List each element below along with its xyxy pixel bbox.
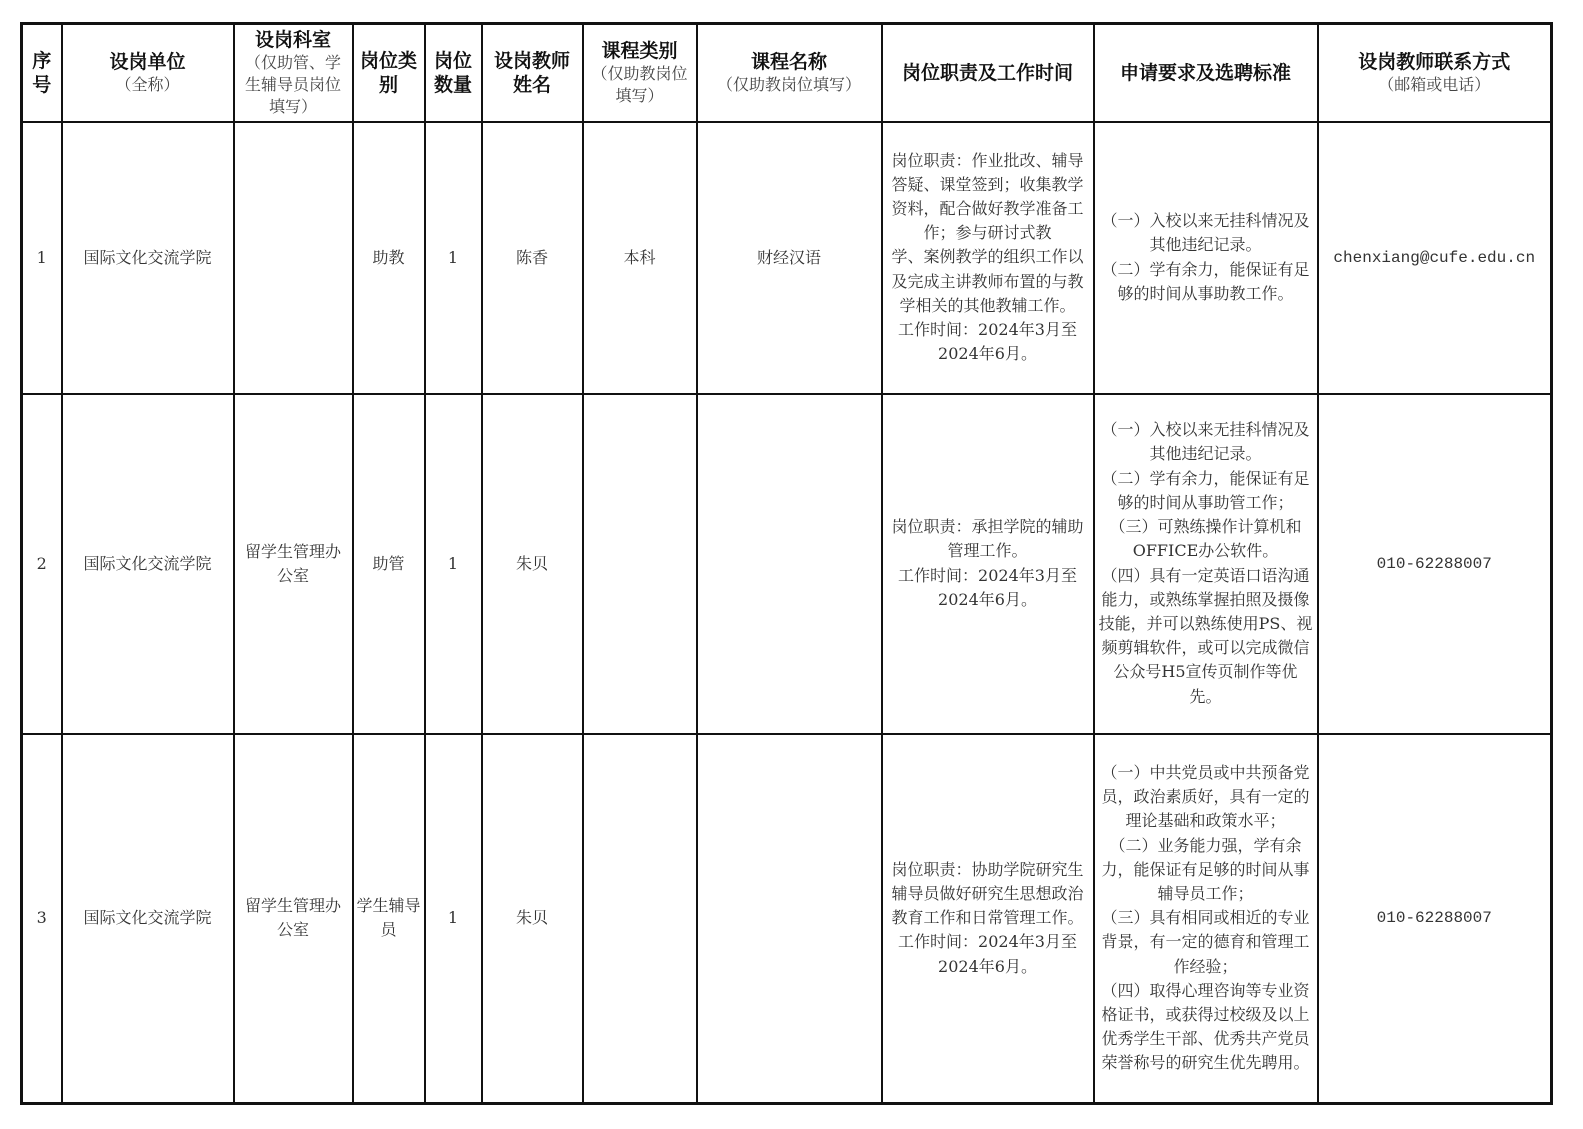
table-row: 2 国际文化交流学院 留学生管理办公室 助管 1 朱贝 岗位职责：承担学院的辅助…: [22, 394, 1552, 734]
cell-contact-phone[interactable]: 010-62288007: [1318, 394, 1552, 734]
cell-unit: 国际文化交流学院: [62, 734, 234, 1104]
header-teacher: 设岗教师姓名: [482, 24, 583, 122]
cell-teacher: 朱贝: [482, 394, 583, 734]
cell-course-type: [583, 734, 697, 1104]
cell-course-type: 本科: [583, 122, 697, 394]
cell-unit: 国际文化交流学院: [62, 122, 234, 394]
cell-office: 留学生管理办公室: [234, 394, 353, 734]
cell-index: 2: [22, 394, 62, 734]
cell-duties: 岗位职责：协助学院研究生辅导员做好研究生思想政治教育工作和日常管理工作。 工作时…: [882, 734, 1094, 1104]
cell-duties: 岗位职责：承担学院的辅助管理工作。 工作时间：2024年3月至2024年6月。: [882, 394, 1094, 734]
cell-post-type: 助管: [353, 394, 425, 734]
table-row: 3 国际文化交流学院 留学生管理办公室 学生辅导员 1 朱贝 岗位职责：协助学院…: [22, 734, 1552, 1104]
cell-teacher: 陈香: [482, 122, 583, 394]
cell-post-type: 学生辅导员: [353, 734, 425, 1104]
cell-count: 1: [425, 122, 482, 394]
cell-count: 1: [425, 734, 482, 1104]
cell-requirements: （一）入校以来无挂科情况及其他违纪记录。 （二）学有余力，能保证有足够的时间从事…: [1094, 394, 1318, 734]
cell-course-name: [697, 394, 882, 734]
cell-office: [234, 122, 353, 394]
header-requirements: 申请要求及选聘标准: [1094, 24, 1318, 122]
cell-course-name: 财经汉语: [697, 122, 882, 394]
header-post-type: 岗位类别: [353, 24, 425, 122]
cell-requirements: （一）中共党员或中共预备党员，政治素质好，具有一定的理论基础和政策水平； （二）…: [1094, 734, 1318, 1104]
header-office: 设岗科室（仅助管、学生辅导员岗位填写）: [234, 24, 353, 122]
recruitment-table: 序号 设岗单位（全称） 设岗科室（仅助管、学生辅导员岗位填写） 岗位类别 岗位数…: [20, 22, 1553, 1105]
cell-contact-phone[interactable]: 010-62288007: [1318, 734, 1552, 1104]
cell-index: 1: [22, 122, 62, 394]
cell-unit: 国际文化交流学院: [62, 394, 234, 734]
cell-course-name: [697, 734, 882, 1104]
cell-requirements: （一）入校以来无挂科情况及其他违纪记录。 （二）学有余力，能保证有足够的时间从事…: [1094, 122, 1318, 394]
cell-duties: 岗位职责：作业批改、辅导答疑、课堂签到；收集教学资料，配合做好教学准备工作；参与…: [882, 122, 1094, 394]
header-course-name: 课程名称（仅助教岗位填写）: [697, 24, 882, 122]
header-course-type: 课程类别（仅助教岗位填写）: [583, 24, 697, 122]
cell-post-type: 助教: [353, 122, 425, 394]
header-unit: 设岗单位（全称）: [62, 24, 234, 122]
header-index: 序号: [22, 24, 62, 122]
header-contact: 设岗教师联系方式（邮箱或电话）: [1318, 24, 1552, 122]
header-count: 岗位数量: [425, 24, 482, 122]
cell-office: 留学生管理办公室: [234, 734, 353, 1104]
cell-contact-email[interactable]: chenxiang@cufe.edu.cn: [1318, 122, 1552, 394]
header-duties: 岗位职责及工作时间: [882, 24, 1094, 122]
header-row: 序号 设岗单位（全称） 设岗科室（仅助管、学生辅导员岗位填写） 岗位类别 岗位数…: [22, 24, 1552, 122]
cell-index: 3: [22, 734, 62, 1104]
cell-count: 1: [425, 394, 482, 734]
cell-course-type: [583, 394, 697, 734]
table-row: 1 国际文化交流学院 助教 1 陈香 本科 财经汉语 岗位职责：作业批改、辅导答…: [22, 122, 1552, 394]
cell-teacher: 朱贝: [482, 734, 583, 1104]
